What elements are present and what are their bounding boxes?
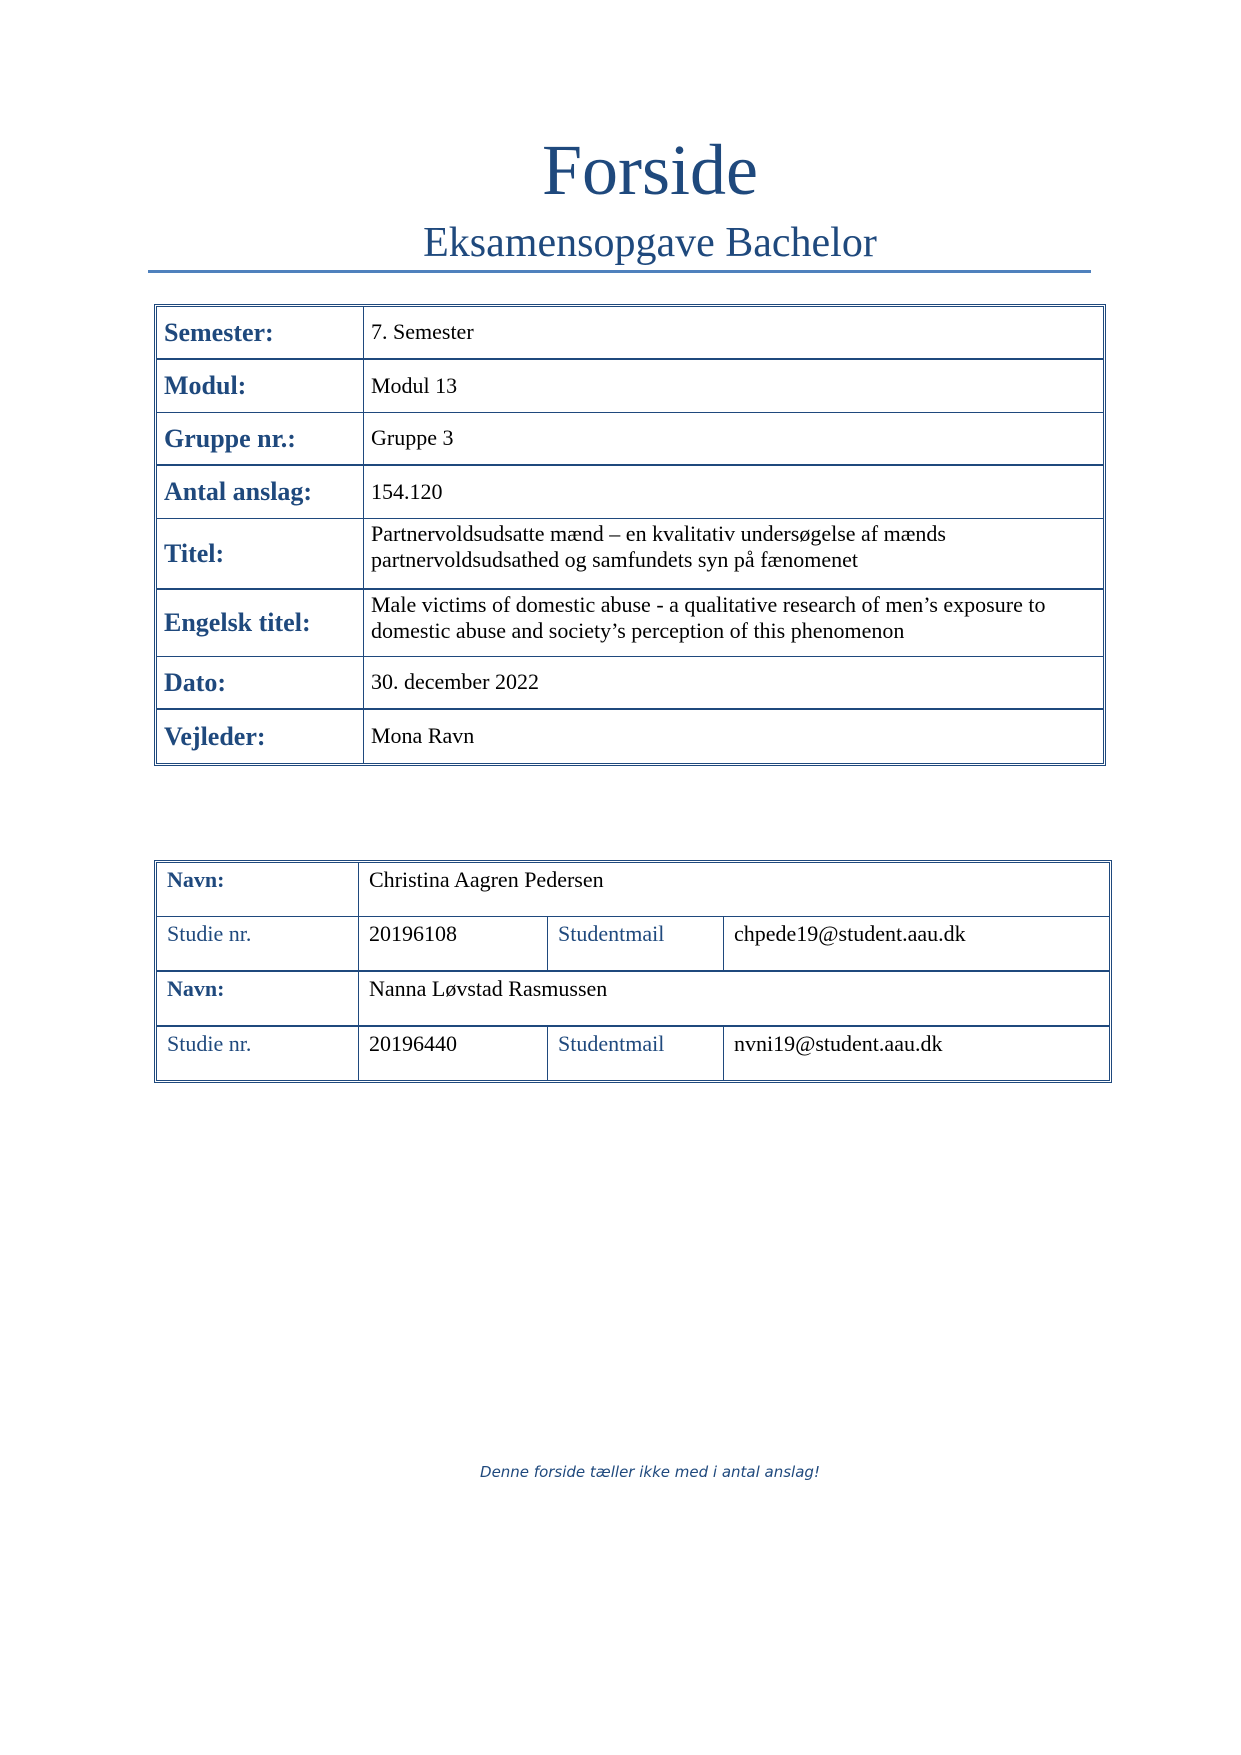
info-label: Modul: (157, 360, 364, 413)
info-row-engelsk-titel: Engelsk titel: Male victims of domestic … (157, 590, 1103, 657)
student-id: 20196108 (359, 917, 548, 972)
student-mail[interactable]: nvni19@student.aau.dk (724, 1027, 1109, 1080)
info-value: 7. Semester (364, 307, 1103, 360)
exam-info-table: Semester: 7. Semester Modul: Modul 13 Gr… (154, 304, 1106, 766)
info-value: Gruppe 3 (364, 413, 1103, 466)
info-label: Gruppe nr.: (157, 413, 364, 466)
page-subtitle: Eksamensopgave Bachelor (0, 222, 1241, 264)
info-value: 30. december 2022 (364, 657, 1103, 710)
info-label: Titel: (157, 519, 364, 590)
page-title: Forside (0, 134, 1241, 206)
info-label: Semester: (157, 307, 364, 360)
student-mail[interactable]: chpede19@student.aau.dk (724, 917, 1109, 972)
info-row-dato: Dato: 30. december 2022 (157, 657, 1103, 710)
info-value: 154.120 (364, 466, 1103, 519)
student-details-row: Studie nr. 20196108 Studentmail chpede19… (157, 917, 1109, 972)
student-name-row: Navn: Christina Aagren Pedersen (157, 863, 1109, 917)
info-label: Vejleder: (157, 710, 364, 763)
student-name-label: Navn: (157, 972, 359, 1027)
info-value: Male victims of domestic abuse - a quali… (364, 590, 1103, 657)
student-details-row: Studie nr. 20196440 Studentmail nvni19@s… (157, 1027, 1109, 1080)
student-name-row: Navn: Nanna Løvstad Rasmussen (157, 972, 1109, 1027)
info-value: Partnervoldsudsatte mænd – en kvalitativ… (364, 519, 1103, 590)
student-name-label: Navn: (157, 863, 359, 917)
student-mail-label: Studentmail (548, 917, 724, 972)
info-row-gruppe: Gruppe nr.: Gruppe 3 (157, 413, 1103, 466)
info-label: Antal anslag: (157, 466, 364, 519)
student-name: Christina Aagren Pedersen (359, 863, 1109, 917)
student-mail-label: Studentmail (548, 1027, 724, 1080)
info-label: Engelsk titel: (157, 590, 364, 657)
info-row-vejleder: Vejleder: Mona Ravn (157, 710, 1103, 763)
student-name: Nanna Løvstad Rasmussen (359, 972, 1109, 1027)
student-id-label: Studie nr. (157, 917, 359, 972)
student-id: 20196440 (359, 1027, 548, 1080)
info-row-anslag: Antal anslag: 154.120 (157, 466, 1103, 519)
student-id-label: Studie nr. (157, 1027, 359, 1080)
title-divider (148, 270, 1091, 273)
students-table: Navn: Christina Aagren Pedersen Studie n… (154, 860, 1112, 1083)
info-row-titel: Titel: Partnervoldsudsatte mænd – en kva… (157, 519, 1103, 590)
info-value: Mona Ravn (364, 710, 1103, 763)
info-value: Modul 13 (364, 360, 1103, 413)
info-row-modul: Modul: Modul 13 (157, 360, 1103, 413)
info-row-semester: Semester: 7. Semester (157, 307, 1103, 360)
info-label: Dato: (157, 657, 364, 710)
footer-note: Denne forside tæller ikke med i antal an… (0, 1463, 1241, 1481)
